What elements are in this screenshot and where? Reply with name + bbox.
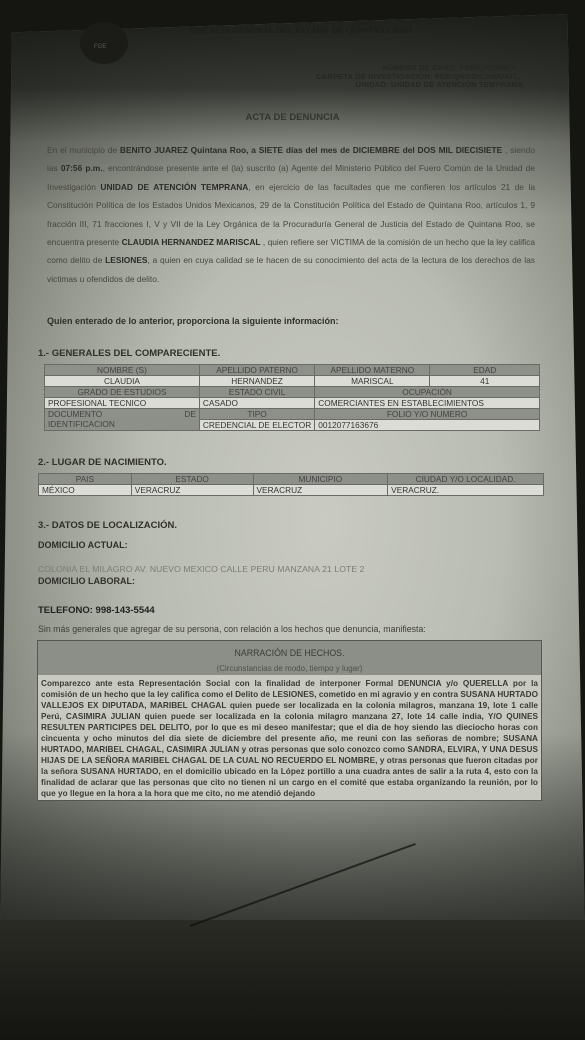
phone-number: 998-143-5544	[96, 605, 155, 616]
time: 07:56 p.m.	[61, 163, 103, 173]
crime-type: LESIONES	[105, 255, 147, 265]
section-3-title: 3.- DATOS DE LOCALIZACIÓN.	[38, 520, 177, 531]
birth-country: MÉXICO	[39, 485, 132, 496]
header-paternal-surname: APELLIDO PATERNO	[199, 365, 314, 376]
age: 41	[430, 376, 540, 387]
id-document-label: DOCUMENTODE IDENTIFICACION	[45, 409, 200, 431]
narrative-subtitle: (Circunstancias de modo, tiempo y lugar)	[38, 664, 541, 673]
agency-name: FISCALÍA GENERAL DEL ESTADO DE QUINTANA …	[190, 26, 412, 35]
document-title: ACTA DE DENUNCIA	[0, 112, 585, 123]
header-city: CIUDAD Y/O LOCALIDAD.	[388, 474, 544, 485]
section-1-title: 1.- GENERALES DEL COMPARECIENTE.	[38, 348, 220, 359]
paternal-surname: HERNANDEZ	[199, 376, 314, 387]
header-marital-status: ESTADO CIVIL	[199, 387, 314, 398]
marital-status: CASADO	[199, 398, 314, 409]
education: PROFESIONAL TECNICO	[45, 398, 200, 409]
header-education: GRADO DE ESTUDIOS	[45, 387, 200, 398]
seal-icon: FGE	[80, 22, 128, 64]
header-id-number: FOLIO Y/O NUMERO	[315, 409, 540, 420]
complainant-general-table: NOMBRE (S) APELLIDO PATERNO APELLIDO MAT…	[44, 364, 540, 431]
occupation: COMERCIANTES EN ESTABLECIMIENTOS	[315, 398, 540, 409]
maternal-surname: MARISCAL	[315, 376, 430, 387]
header-age: EDAD	[430, 365, 540, 376]
unit-line: UNIDAD: UNIDAD DE ATENCIÓN TEMPRANA	[316, 81, 523, 90]
header-municipality: MUNICIPIO	[253, 474, 388, 485]
birth-city: VERACRUZ.	[388, 485, 544, 496]
current-address-label: DOMICILIO ACTUAL:	[38, 540, 128, 550]
unit: UNIDAD DE ATENCIÓN TEMPRANA	[100, 182, 248, 192]
birthplace-table: PAIS ESTADO MUNICIPIO CIUDAD Y/O LOCALID…	[38, 473, 544, 496]
header-country: PAIS	[39, 474, 132, 485]
id-type: CREDENCIAL DE ELECTOR	[199, 420, 314, 431]
lead-in-text: Quien enterado de lo anterior, proporcio…	[47, 316, 339, 326]
header-first-name: NOMBRE (S)	[45, 365, 200, 376]
birth-municipality: VERACRUZ	[253, 485, 388, 496]
complainant-name: CLAUDIA HERNANDEZ MARISCAL	[122, 237, 261, 247]
narrative-header: NARRACIÓN DE HECHOS. (Circunstancias de …	[38, 641, 541, 675]
first-name: CLAUDIA	[45, 376, 200, 387]
narrative-box: NARRACIÓN DE HECHOS. (Circunstancias de …	[37, 640, 542, 801]
statement-intro: Sin más generales que agregar de su pers…	[38, 624, 426, 634]
work-address-label: DOMICILIO LABORAL:	[38, 576, 135, 586]
header-maternal-surname: APELLIDO MATERNO	[315, 365, 430, 376]
header-occupation: OCUPACIÓN	[315, 387, 540, 398]
logo-text: FGE	[94, 44, 106, 50]
header-id-type: TIPO	[199, 409, 314, 420]
section-2-title: 2.- LUGAR DE NACIMIENTO.	[38, 457, 167, 468]
birth-state: VERACRUZ	[131, 485, 253, 496]
header-state: ESTADO	[131, 474, 253, 485]
phone-line: TELEFONO: 998-143-5544	[38, 605, 155, 616]
unit-name: UNIDAD DE ATENCIÓN TEMPRANA	[391, 80, 523, 89]
municipality-date: BENITO JUAREZ Quintana Roo, a SIETE días…	[120, 145, 502, 155]
current-address: COLONIA EL MILAGRO AV. NUEVO MEXICO CALL…	[38, 564, 365, 574]
narrative-text: Comparezco ante esta Representación Soci…	[38, 675, 541, 800]
case-metadata: NÚMERO DE CASO: FGE/QROO/BJ/... CARPETA …	[316, 64, 523, 90]
id-number: 0012077163676	[315, 420, 540, 431]
narrative-title: NARRACIÓN DE HECHOS.	[235, 648, 345, 658]
document-page: FGE FISCALÍA GENERAL DEL ESTADO DE QUINT…	[0, 0, 585, 1040]
intro-paragraph: En el municipio de BENITO JUAREZ Quintan…	[47, 141, 535, 288]
